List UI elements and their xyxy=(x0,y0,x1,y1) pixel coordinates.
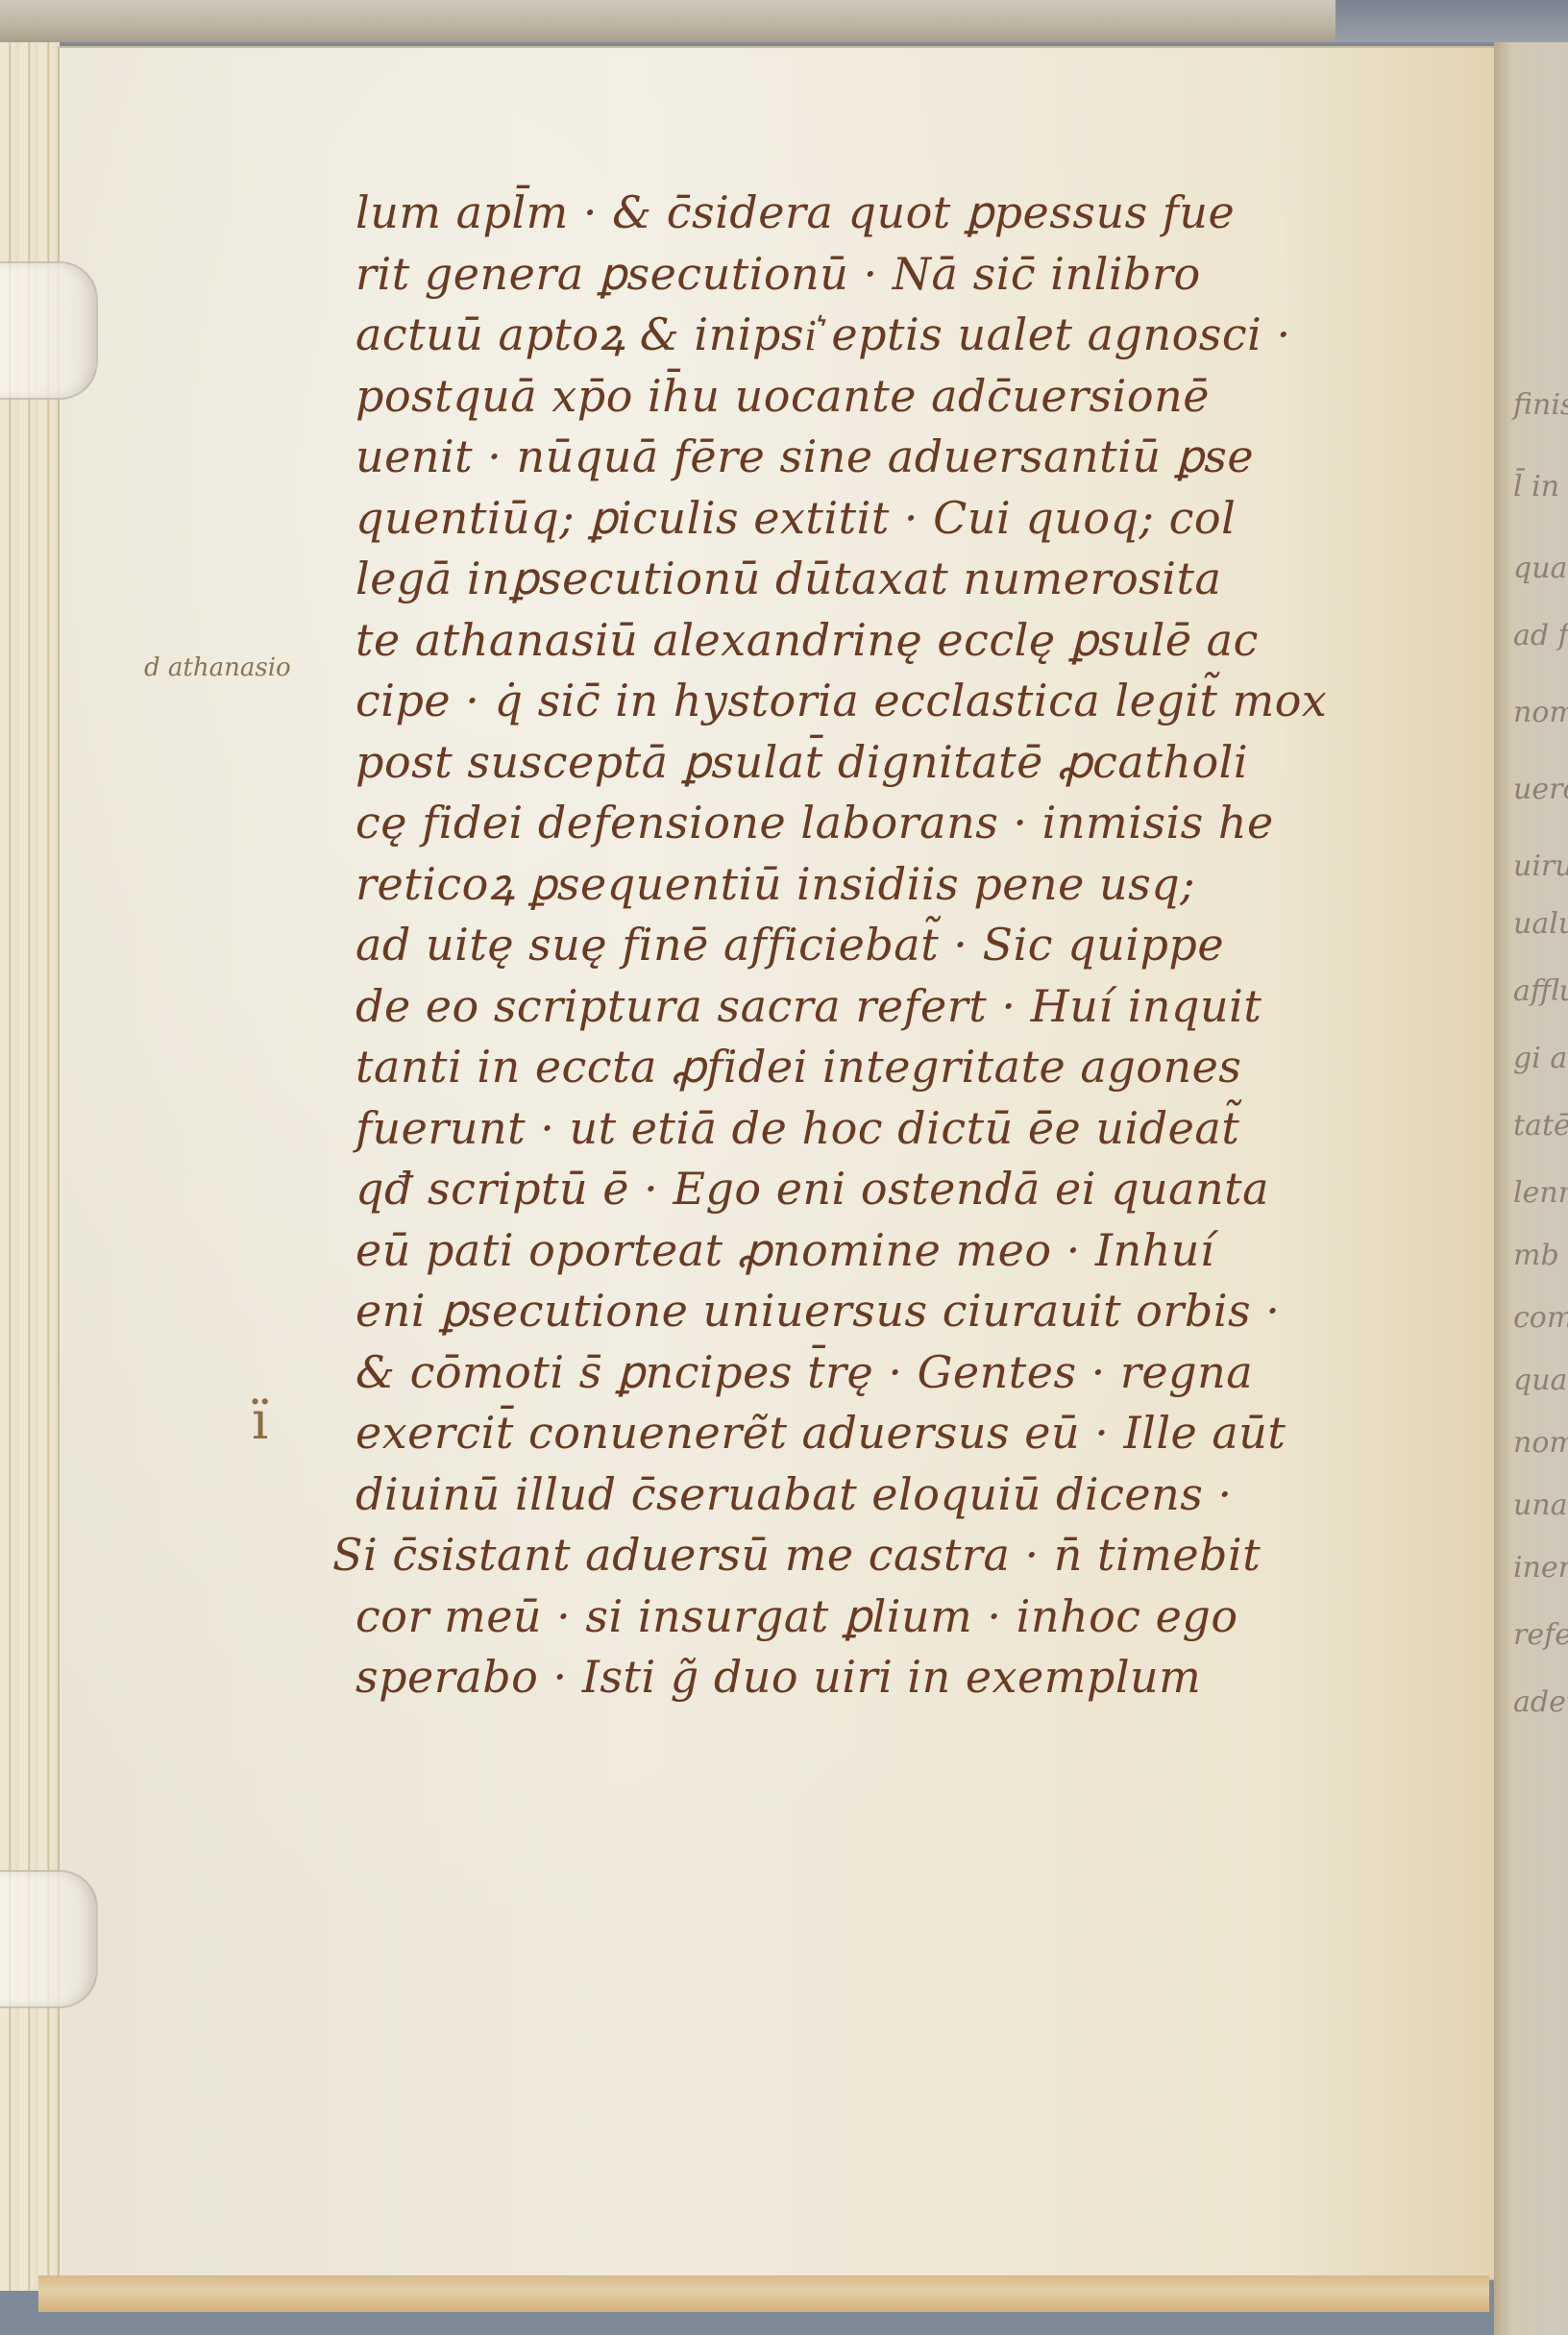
facing-page-text: adeti a xyxy=(1513,1685,1568,1719)
facing-page-text: inerand xyxy=(1513,1551,1568,1585)
text-line: eni ꝑsecutione uniuersus ciurauit orbis … xyxy=(355,1281,1451,1342)
margin-annotation: d athanasio xyxy=(144,653,291,682)
facing-page-text: nomm xyxy=(1513,1426,1568,1460)
text-line: postquā xp̄o ih̄u uocante adc̄uersionē xyxy=(355,366,1451,428)
text-line: ad uitę suę finē afficiebat̃ · Sic quipp… xyxy=(355,915,1451,976)
facing-page-text: afflue xyxy=(1513,974,1568,1008)
text-line: lum apl̄m · & c̄sidera quot ꝑpessus fue xyxy=(355,183,1451,244)
facing-page-text: ad f. xyxy=(1513,619,1568,652)
text-line: eū pati oporteat ꝓnomine meo · Inhuí xyxy=(355,1220,1451,1282)
facing-page-edge: finis l̄ in qua d ad f. nom uero uiru pl… xyxy=(1494,42,1568,2335)
margin-mark: ï xyxy=(252,1390,268,1451)
facing-page-text: uero xyxy=(1513,773,1568,806)
page-clip-bottom xyxy=(0,1870,98,2008)
text-line: de eo scriptura sacra refert · Huí inqui… xyxy=(355,976,1451,1038)
text-line: exercit̄ conuenerẽt aduersus eū · Ille a… xyxy=(355,1403,1451,1464)
text-line: sperabo · Isti g̃ duo uiri in exemplum xyxy=(355,1647,1451,1708)
facing-page-text: qua d xyxy=(1513,552,1568,585)
facing-page-text: tatē xyxy=(1513,1109,1568,1143)
facing-page-text: uiru pl xyxy=(1513,849,1568,883)
facing-page-text: mb pe xyxy=(1513,1239,1568,1272)
facing-page-text: refer u xyxy=(1513,1618,1568,1652)
text-line: cę fidei defensione laborans · inmisis h… xyxy=(355,793,1451,854)
facing-page-text: nom xyxy=(1513,696,1568,729)
facing-page-text: finis xyxy=(1513,388,1568,422)
text-line: uenit · nūquā fēre sine aduersantiū ꝑse xyxy=(355,427,1451,488)
text-line-initial: Si c̄sistant aduersū me castra · n̄ time… xyxy=(332,1525,1451,1586)
text-line: post susceptā ꝑsulat̄ dignitatē ꝓcatholi xyxy=(355,732,1451,794)
text-line: qđ scriptū ē · Ego eni ostendā ei quanta xyxy=(355,1159,1451,1220)
text-line: actuū aptoꝝ & inipsi͛ eptis ualet agnosc… xyxy=(355,305,1451,366)
text-line: quentiūq; ꝑiculis extitit · Cui quoq; co… xyxy=(355,488,1451,550)
facing-page-text: quanti xyxy=(1513,1364,1568,1397)
text-line: diuinū illud c̄seruabat eloquiū dicens · xyxy=(355,1464,1451,1526)
facing-page-text: lenna xyxy=(1513,1176,1568,1210)
text-line: legā inꝑsecutionū dūtaxat numerosita xyxy=(355,549,1451,610)
text-line: te athanasiū alexandrinę ecclę ꝑsulē ac xyxy=(355,610,1451,672)
main-text-block: lum apl̄m · & c̄sidera quot ꝑpessus fue … xyxy=(355,183,1451,1708)
text-line: fuerunt · ut etiā de hoc dictū ē̄e uidea… xyxy=(355,1098,1451,1160)
page-bottom-edge xyxy=(38,2275,1489,2312)
facing-page-text: compli xyxy=(1513,1301,1568,1335)
facing-page-text: ualu xyxy=(1513,907,1568,941)
facing-page-text: l̄ in xyxy=(1513,470,1559,504)
background-shadow xyxy=(1335,0,1568,42)
book-top-edge xyxy=(0,0,1568,42)
facing-page-text: unab xyxy=(1513,1488,1568,1522)
text-line: rit genera ꝑsecutionū · Nā sic̄ inlibro xyxy=(355,244,1451,306)
text-line: tanti in eccta ꝓfidei integritate agones xyxy=(355,1037,1451,1098)
facing-page-text: gi alte xyxy=(1513,1042,1568,1075)
text-line: cor meū · si insurgat ꝑlium · inhoc ego xyxy=(355,1586,1451,1648)
text-line: reticoꝝ ꝑsequentiū insidiis pene usq; xyxy=(355,854,1451,916)
text-line: & cōmoti s̄ ꝑncipes t̄rę · Gentes · regn… xyxy=(355,1342,1451,1404)
text-line: cipe · q̇ sic̄ in hystoria ecclastica le… xyxy=(355,671,1451,732)
page-clip-top xyxy=(0,261,98,400)
